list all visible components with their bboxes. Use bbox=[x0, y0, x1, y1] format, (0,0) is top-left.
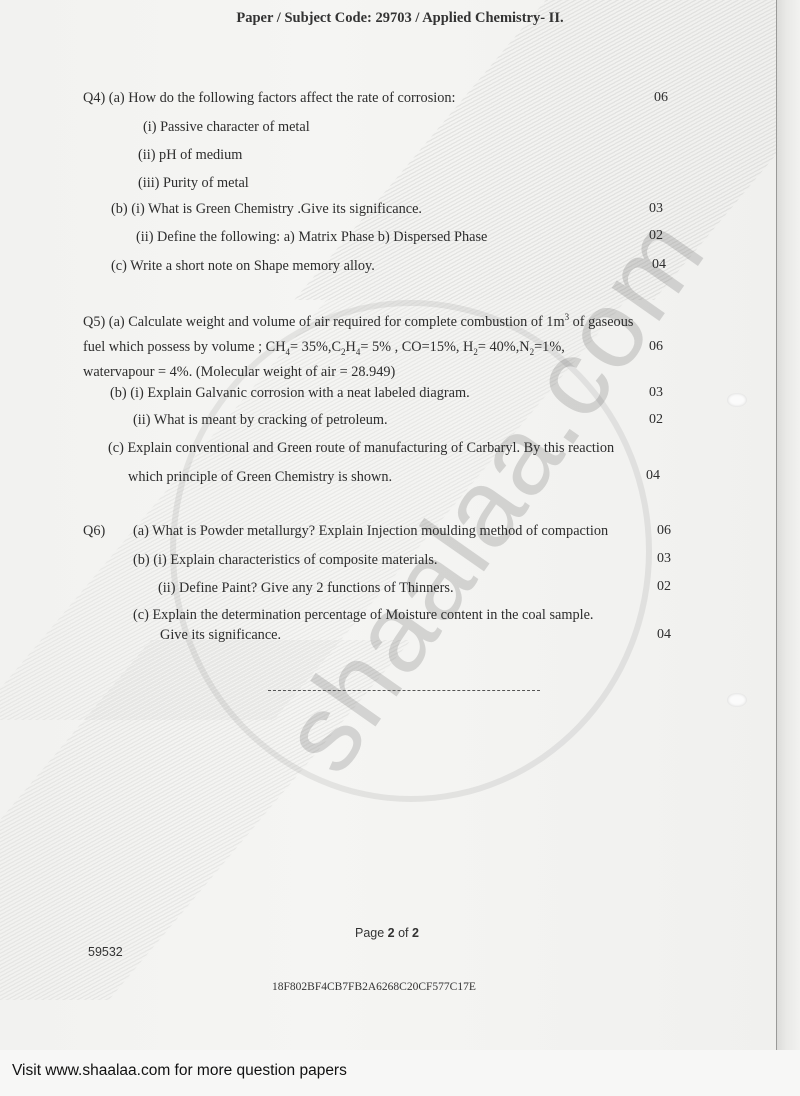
q4b2-text: (ii) Define the following: a) Matrix Pha… bbox=[136, 229, 487, 246]
punch-hole bbox=[727, 393, 747, 407]
q5b2-marks: 02 bbox=[649, 412, 663, 428]
q5a-line-1-text: Q5) (a) Calculate weight and volume of a… bbox=[83, 314, 565, 330]
formula-part: = 40%,N bbox=[478, 339, 530, 355]
q5c-line-2: which principle of Green Chemistry is sh… bbox=[128, 469, 392, 486]
q6a-text: (a) What is Powder metallurgy? Explain I… bbox=[133, 523, 608, 540]
q5a-line-2: fuel which possess by volume ; CH4= 35%,… bbox=[83, 339, 565, 357]
q5c-line-1: (c) Explain conventional and Green route… bbox=[108, 440, 614, 457]
q6b1-text: (b) (i) Explain characteristics of compo… bbox=[133, 552, 438, 569]
page-total: 2 bbox=[412, 926, 419, 940]
q6c-marks: 04 bbox=[657, 627, 671, 643]
page-prefix: Page bbox=[355, 926, 388, 940]
q4a-marks: 06 bbox=[654, 90, 668, 106]
q4a-text: Q4) (a) How do the following factors aff… bbox=[83, 90, 456, 107]
q5b2-text: (ii) What is meant by cracking of petrol… bbox=[133, 412, 388, 429]
q5a-marks: 06 bbox=[649, 339, 663, 355]
q5a-line-3: watervapour = 4%. (Molecular weight of a… bbox=[83, 364, 395, 381]
formula-part: = 35%,C bbox=[290, 339, 341, 355]
paper-hash: 18F802BF4CB7FB2A6268C20CF577C17E bbox=[272, 981, 476, 993]
page-edge bbox=[776, 0, 800, 1050]
q4a-item-1: (i) Passive character of metal bbox=[143, 119, 310, 136]
formula-part: fuel which possess by volume ; CH bbox=[83, 339, 286, 355]
q5b1-text: (b) (i) Explain Galvanic corrosion with … bbox=[110, 385, 470, 402]
q6c-line-2: Give its significance. bbox=[160, 627, 281, 644]
q4a-item-3: (iii) Purity of metal bbox=[138, 175, 249, 192]
formula-part: = 5% , CO=15%, H bbox=[360, 339, 473, 355]
paper-code: 59532 bbox=[88, 945, 123, 959]
q5b1-marks: 03 bbox=[649, 385, 663, 401]
page-number: Page 2 of 2 bbox=[355, 926, 419, 940]
q6c-line-1: (c) Explain the determination percentage… bbox=[133, 607, 594, 624]
formula-part: H bbox=[346, 339, 356, 355]
page-of: of bbox=[395, 926, 412, 940]
q4a-item-2: (ii) pH of medium bbox=[138, 147, 242, 164]
promo-link[interactable]: Visit www.shaalaa.com for more question … bbox=[12, 1062, 347, 1080]
q6-label: Q6) bbox=[83, 523, 105, 540]
q4c-marks: 04 bbox=[652, 257, 666, 273]
q5c-marks: 04 bbox=[646, 468, 660, 484]
page-current: 2 bbox=[388, 926, 395, 940]
q6b1-marks: 03 bbox=[657, 551, 671, 567]
end-of-paper-divider bbox=[268, 690, 540, 691]
q6b2-text: (ii) Define Paint? Give any 2 functions … bbox=[158, 580, 454, 597]
q5a-line-1: Q5) (a) Calculate weight and volume of a… bbox=[83, 312, 633, 331]
q4c-text: (c) Write a short note on Shape memory a… bbox=[111, 258, 375, 275]
q4b1-marks: 03 bbox=[649, 201, 663, 217]
q4b1-text: (b) (i) What is Green Chemistry .Give it… bbox=[111, 201, 422, 218]
paper-header: Paper / Subject Code: 29703 / Applied Ch… bbox=[0, 10, 800, 27]
q5a-line-1-suffix: of gaseous bbox=[569, 314, 633, 330]
formula-part: =1%, bbox=[534, 339, 565, 355]
punch-hole bbox=[727, 693, 747, 707]
q6a-marks: 06 bbox=[657, 523, 671, 539]
q6b2-marks: 02 bbox=[657, 579, 671, 595]
q4b2-marks: 02 bbox=[649, 228, 663, 244]
